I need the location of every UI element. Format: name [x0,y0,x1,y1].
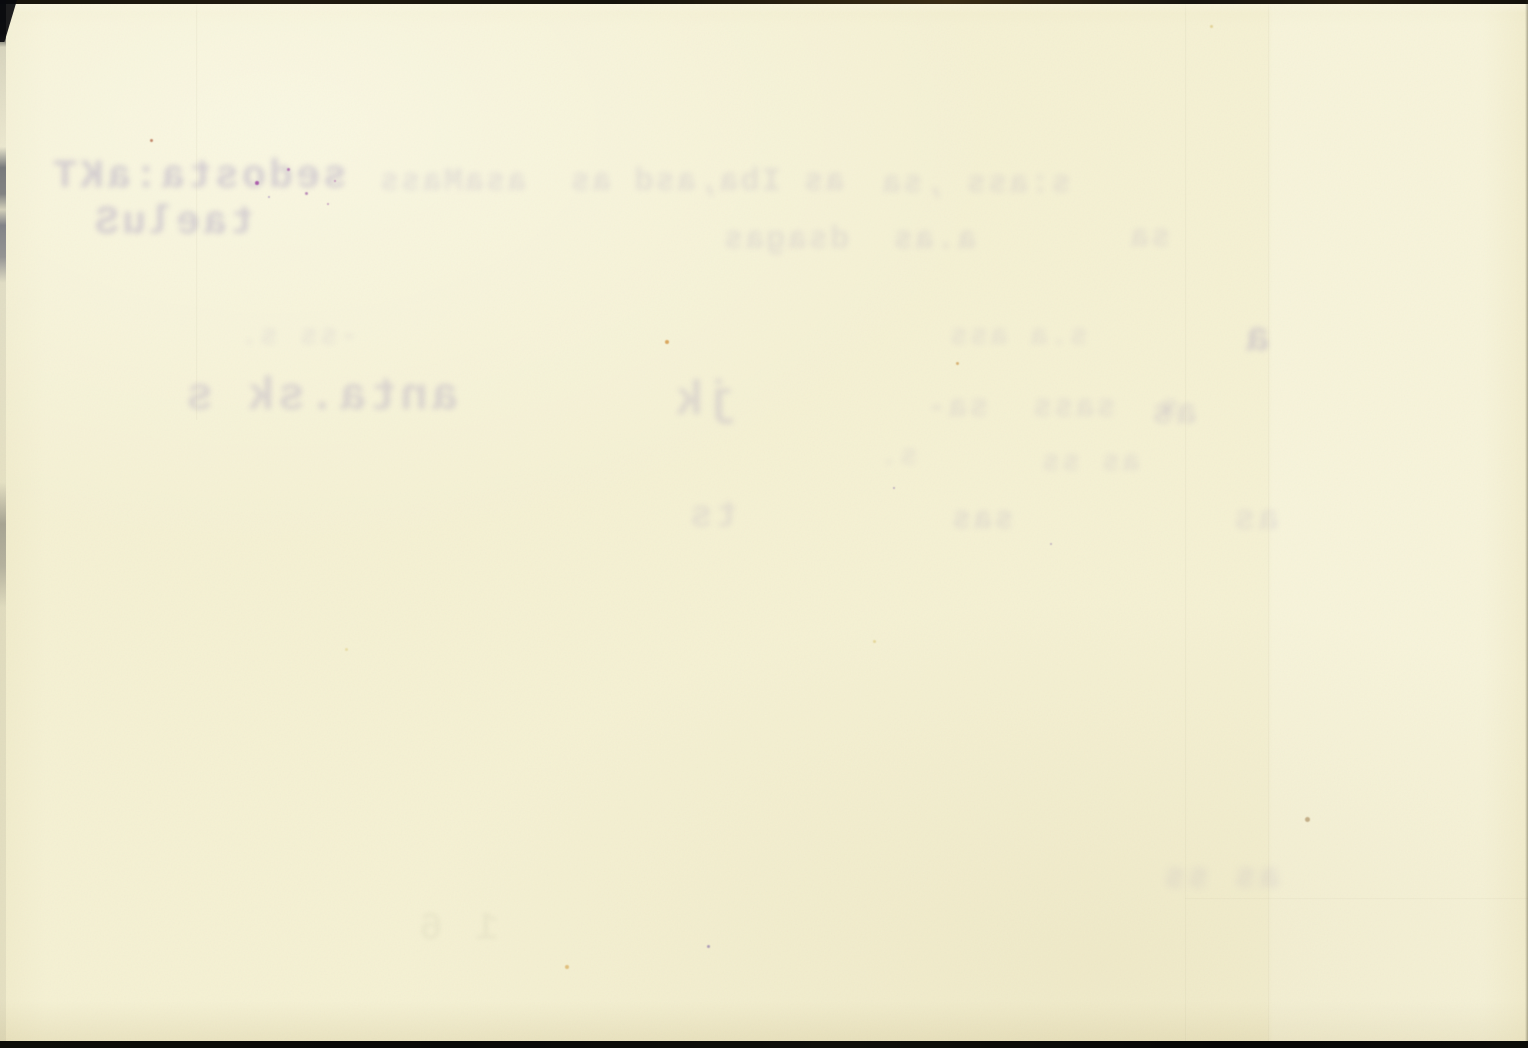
card-edge-highlight [0,4,1528,13]
ghost-text-block: -ss s. [238,322,358,352]
ink-speck [893,487,895,489]
ink-speck [665,340,669,344]
ghost-text-block: s:ass ,sa [880,168,1071,200]
ink-speck [1305,817,1310,822]
ghost-text-block: sedosta:aKT [50,158,347,198]
ink-speck [873,640,876,643]
ghost-text-block: as Iba,asd as asaMass [378,166,844,198]
ink-speck [1210,25,1213,28]
scan-corner-top-left [0,0,17,42]
ghost-text-block: a.as dsagas [722,224,976,256]
scan-edge-left [0,0,6,1048]
ghost-text-block: as [1232,502,1279,538]
ink-speck [327,203,329,205]
paper-crease [1268,0,1270,1048]
ghost-text-block: as [1150,396,1197,432]
ghost-text-block: s.a ass [948,322,1088,352]
ink-speck [287,168,290,171]
ghost-text-block: taeluS [92,204,254,244]
paper-crease [1185,0,1187,1048]
ghost-text-block: jk [672,378,736,426]
ink-speck [707,945,710,948]
ink-speck [334,180,336,182]
ghost-text-block: ts [688,498,738,536]
ghost-text-block: as ss [1040,448,1140,478]
ghost-text-block: 1 6 [415,910,499,950]
ghost-text-block: sas [950,504,1014,536]
ghost-text-block: s. [878,442,918,472]
ink-speck [150,139,153,142]
ink-speck [565,965,569,969]
ink-speck [956,362,959,365]
paper-crease [1185,898,1528,900]
paper-shading [0,0,1528,1048]
card-scan: sedosta:aKTtaeluSas Iba,asd as asaMasss:… [0,0,1528,1048]
scan-edge-top [0,0,1528,4]
ink-speck [255,181,259,185]
ghost-text-block: a [1243,318,1270,360]
ink-speck [268,196,270,198]
ink-speck [305,192,308,195]
ink-speck [1050,543,1052,545]
ghost-text-block: anta.sk s [183,374,458,420]
ink-speck [345,648,348,651]
ghost-text-block: as ss [1162,860,1280,896]
paper-grain-texture [0,0,1528,1048]
paper-crease [196,0,198,420]
ghost-text-block: sa [1128,222,1170,254]
ghost-text-block: s sass sa- [925,392,1179,424]
scan-edge-bottom [0,1041,1528,1048]
